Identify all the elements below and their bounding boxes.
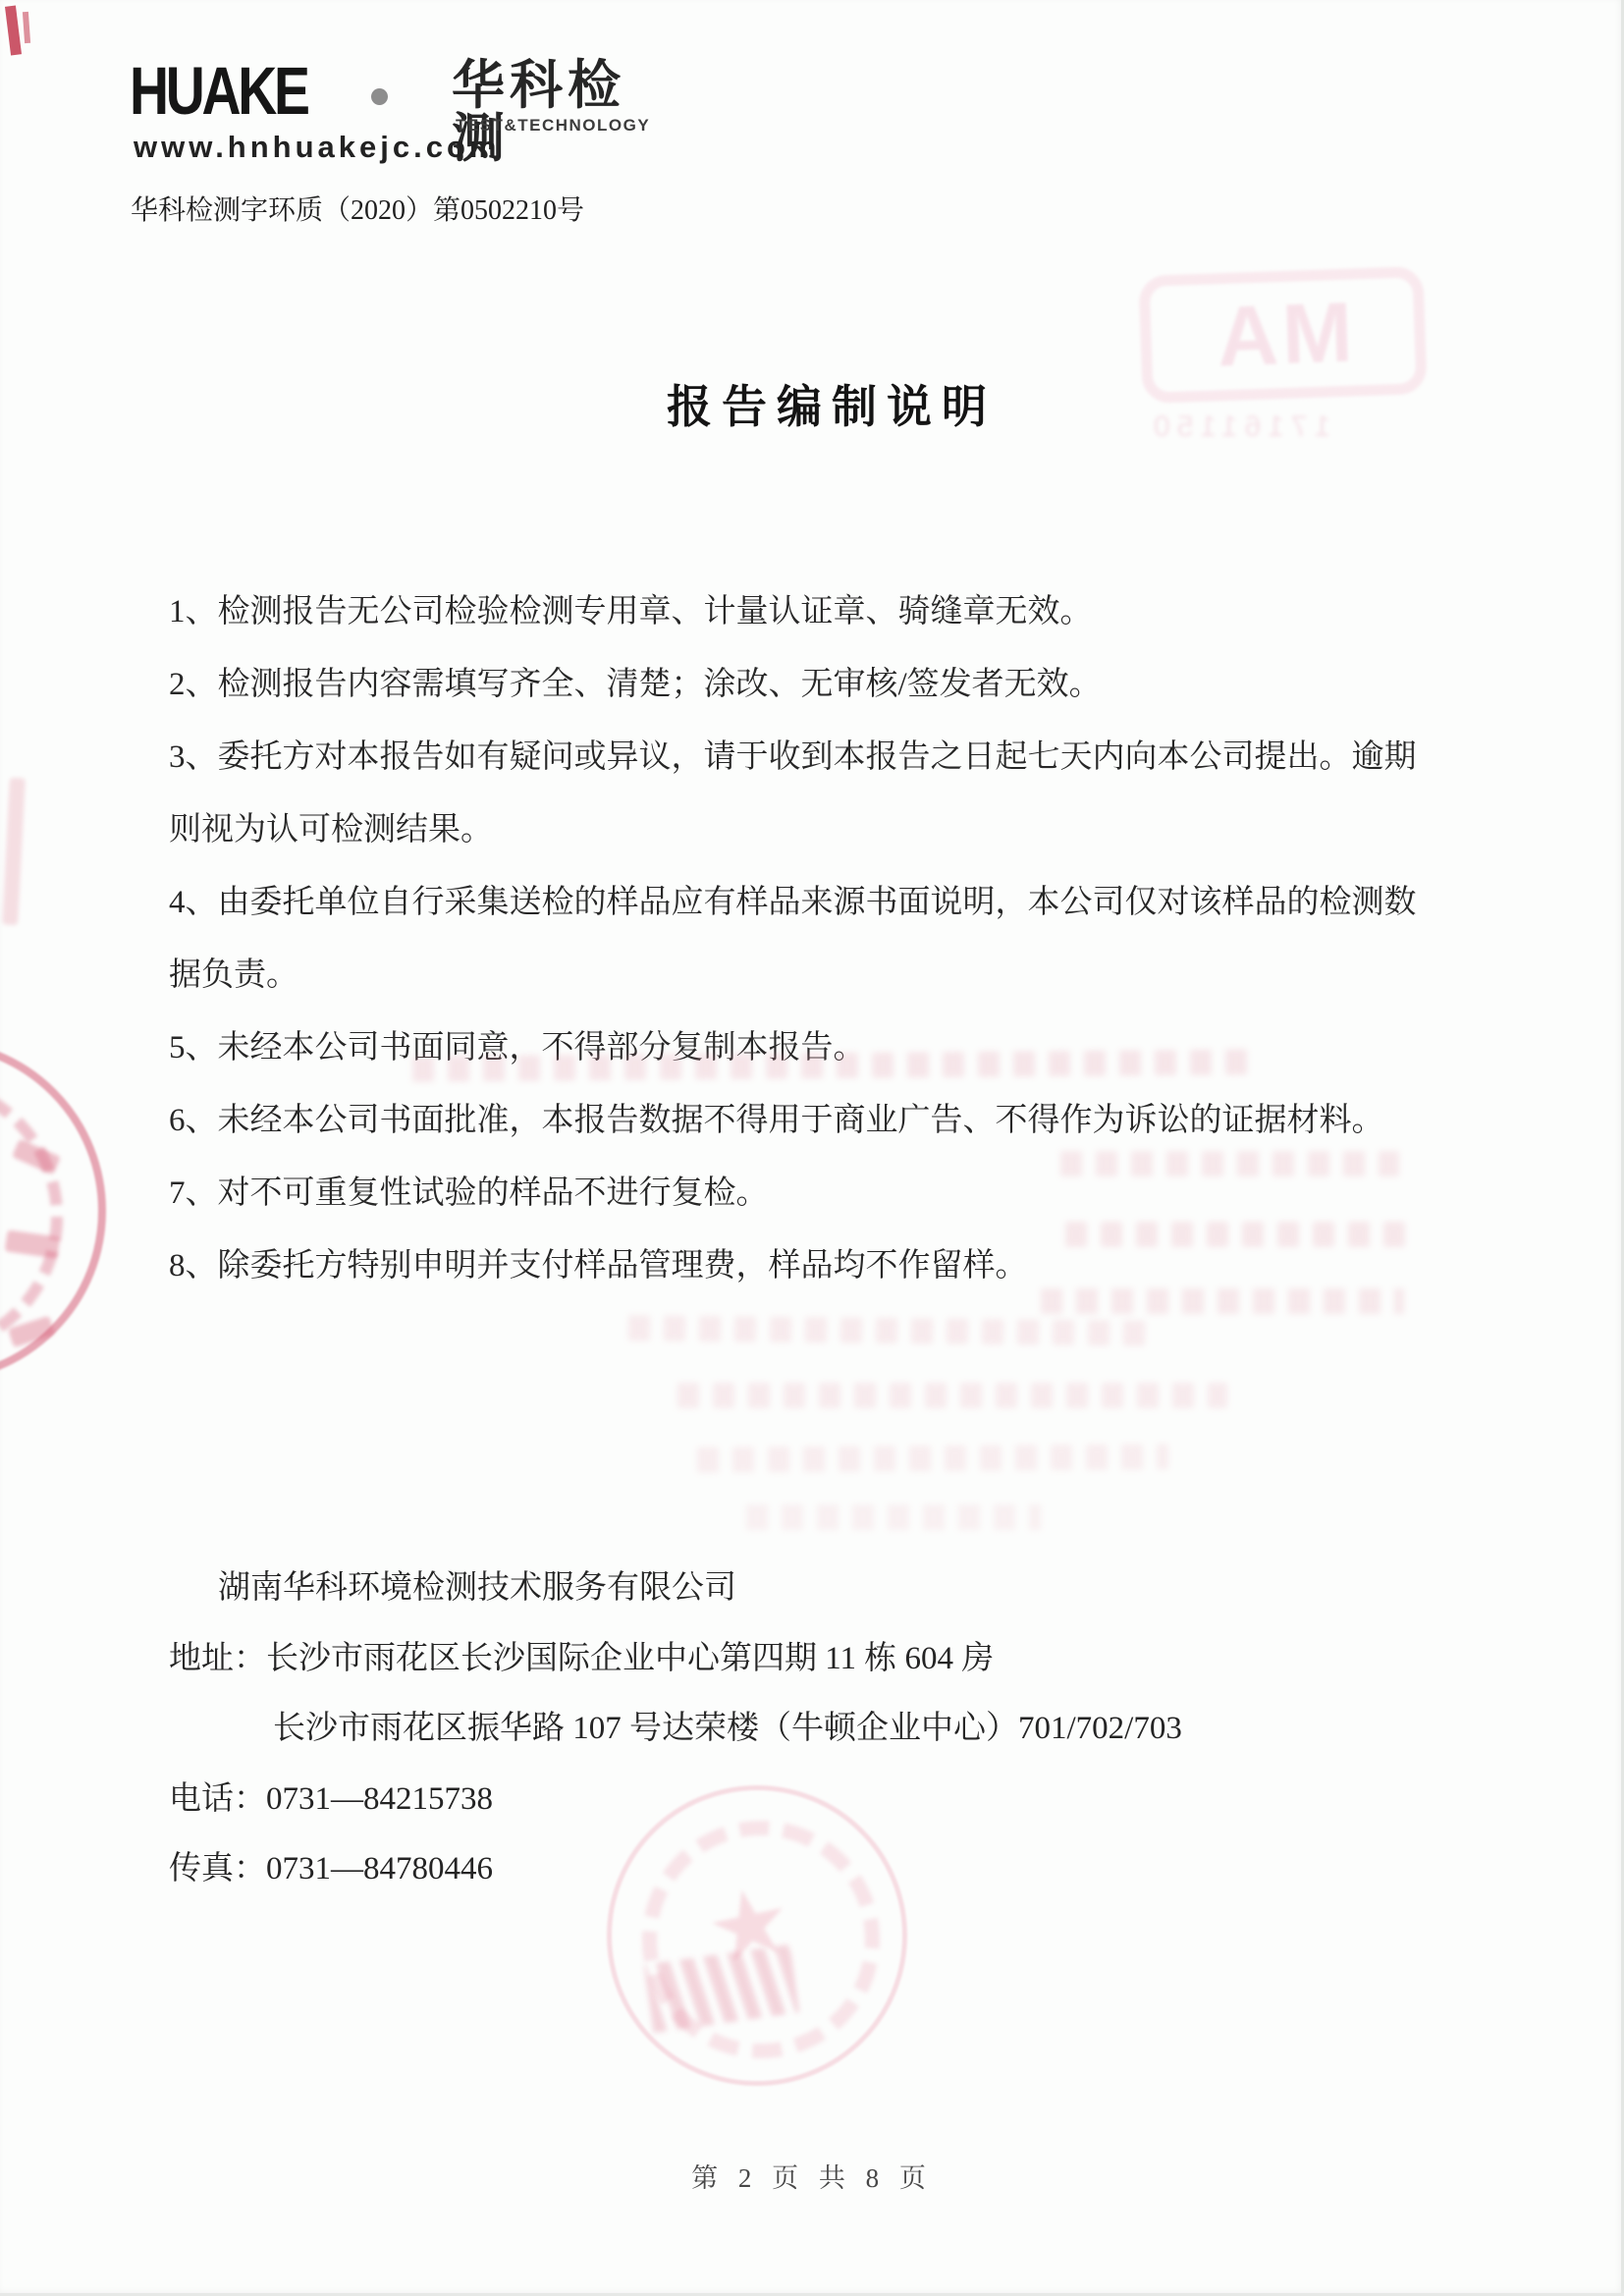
bleed-text-artifact	[1041, 1288, 1404, 1314]
bleed-text-artifact	[746, 1504, 1041, 1530]
note-item: 6、未经本公司书面批准，本报告数据不得用于商业广告、不得作为诉讼的证据材料。	[169, 1084, 1485, 1157]
round-seal-bleedthrough: ★	[601, 1779, 915, 2094]
stamp-ink-mark	[23, 12, 30, 43]
document-number: 华科检测字环质（2020）第0502210号	[131, 189, 584, 228]
company-address-line1: 地址：长沙市雨花区长沙国际企业中心第四期 11 栋 604 房	[169, 1624, 1396, 1695]
notes-list: 1、检测报告无公司检验检测专用章、计量认证章、骑缝章无效。 2、检测报告内容需填…	[169, 575, 1485, 1302]
note-line: 1、检测报告无公司检验检测专用章、计量认证章、骑缝章无效。	[169, 575, 1485, 648]
left-edge-seal-fragment	[2, 778, 26, 926]
bleed-text-artifact	[1060, 1151, 1399, 1176]
bleed-text-artifact	[628, 1315, 1159, 1346]
note-line: 据负责。	[169, 939, 1485, 1011]
note-line: 则视为认可检测结果。	[169, 793, 1485, 866]
bleed-text-artifact	[677, 1383, 1227, 1408]
company-name: 湖南华科环境检测技术服务有限公司	[169, 1554, 1396, 1624]
report-page: HUAKE 华科检测 TEST&TECHNOLOGY www.hnhuakejc…	[0, 0, 1624, 2296]
note-line: 4、由委托单位自行采集送检的样品应有样品来源书面说明，本公司仅对该样品的检测数	[169, 866, 1485, 939]
stamp-ink-mark	[5, 6, 22, 56]
note-item: 4、由委托单位自行采集送检的样品应有样品来源书面说明，本公司仅对该样品的检测数 …	[169, 866, 1485, 1011]
logo-wordmark: HUAKE	[130, 57, 307, 125]
page-title: 报告编制说明	[0, 371, 1624, 436]
logo-dot-icon	[371, 88, 388, 105]
bleed-text-artifact	[697, 1444, 1168, 1472]
page-number: 第 2 页 共 8 页	[0, 2157, 1624, 2195]
logo-website: www.hnhuakejc.com	[134, 130, 500, 165]
bleed-text-artifact	[1065, 1222, 1409, 1247]
company-address-line2: 长沙市雨花区振华路 107 号达荣楼（牛顿企业中心）701/702/703	[169, 1694, 1396, 1765]
note-item: 2、检测报告内容需填写齐全、清楚；涂改、无审核/签发者无效。	[169, 648, 1485, 721]
note-item: 1、检测报告无公司检验检测专用章、计量认证章、骑缝章无效。	[169, 575, 1485, 648]
note-line: 3、委托方对本报告如有疑问或异议，请于收到本报告之日起七天内向本公司提出。逾期	[169, 721, 1485, 793]
note-item: 3、委托方对本报告如有疑问或异议，请于收到本报告之日起七天内向本公司提出。逾期 …	[169, 721, 1485, 866]
note-line: 2、检测报告内容需填写齐全、清楚；涂改、无审核/签发者无效。	[169, 648, 1485, 721]
note-line: 6、未经本公司书面批准，本报告数据不得用于商业广告、不得作为诉讼的证据材料。	[169, 1084, 1485, 1157]
